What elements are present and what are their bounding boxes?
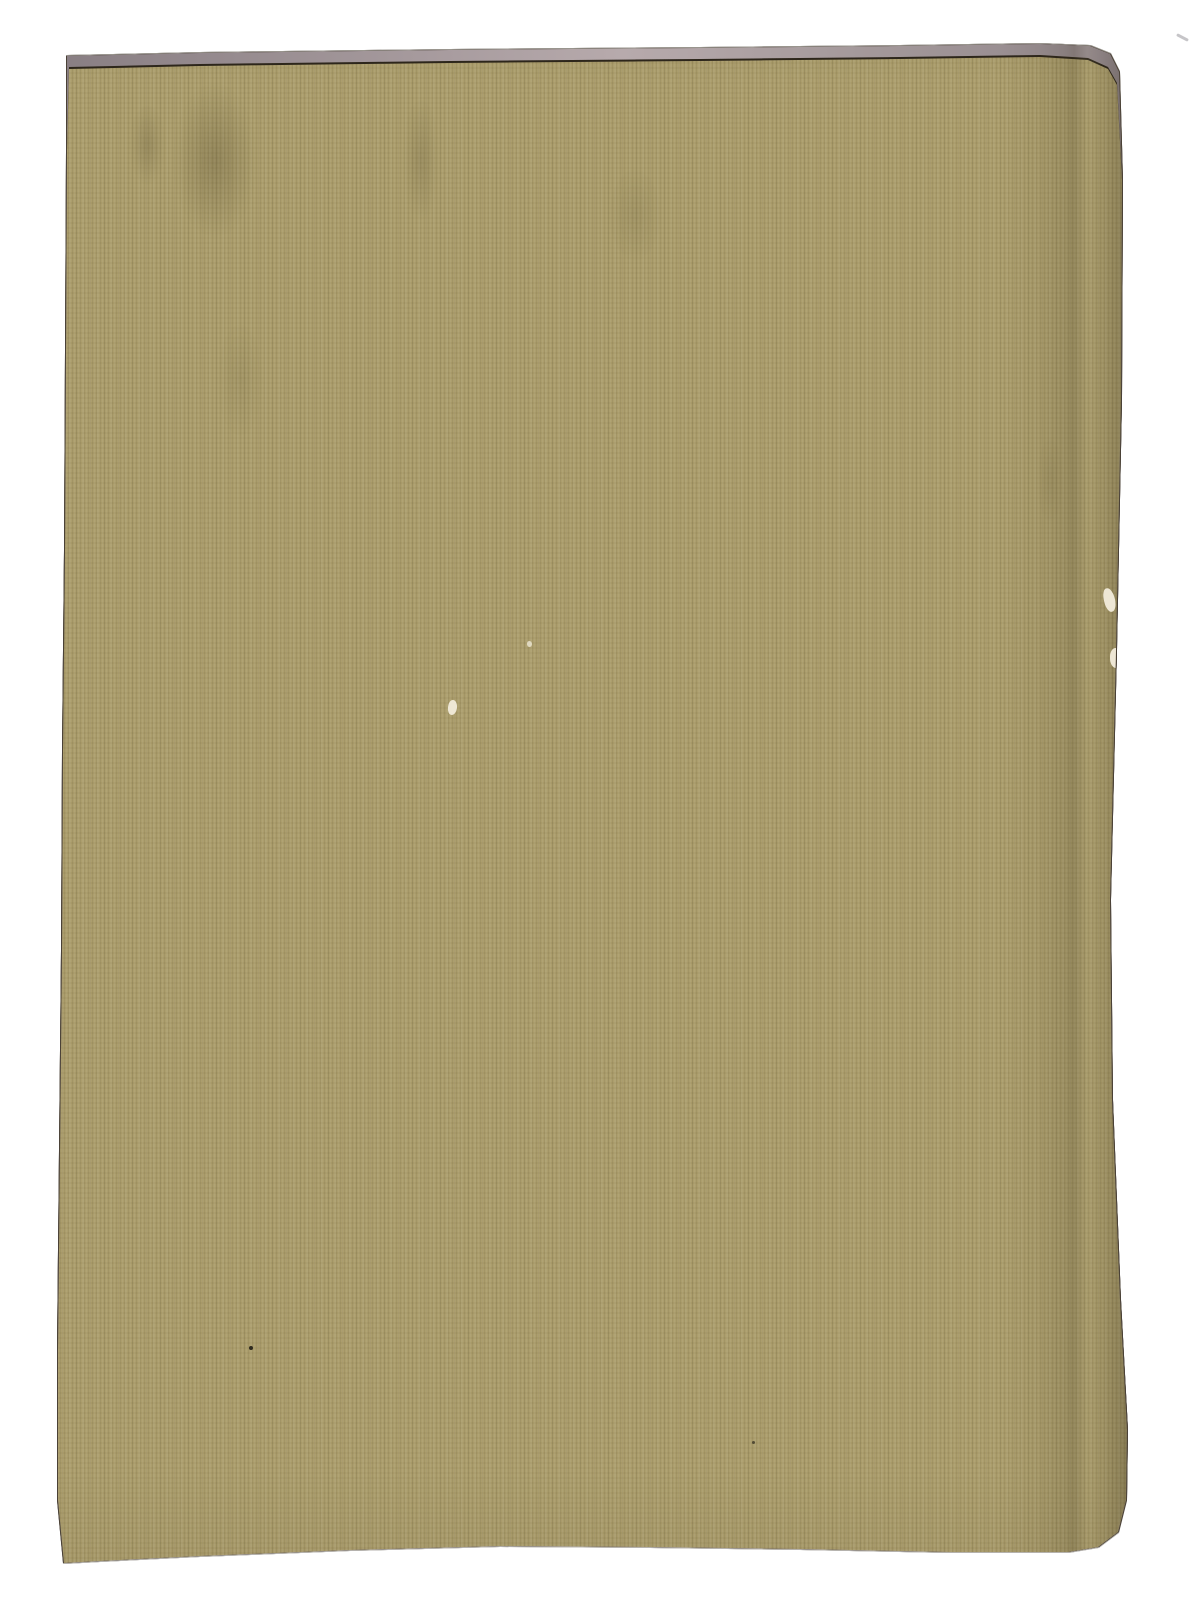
scanner-background bbox=[0, 0, 1199, 1599]
smudge-mark bbox=[125, 90, 170, 200]
book-edge-outline bbox=[0, 0, 1199, 1599]
smudge-mark bbox=[600, 150, 670, 280]
scuff-mark-light bbox=[527, 641, 532, 647]
spine-fold-shading bbox=[1000, 40, 1128, 1571]
book-cover bbox=[0, 0, 1199, 1599]
smudge-mark bbox=[160, 55, 270, 265]
fleck-mark-dark bbox=[752, 1441, 755, 1444]
fleck-mark-dark bbox=[249, 1346, 253, 1350]
scuff-mark-light bbox=[1110, 648, 1123, 668]
smudge-mark bbox=[398, 75, 444, 245]
smudge-mark bbox=[210, 300, 270, 460]
smudge-mark bbox=[1035, 420, 1065, 540]
